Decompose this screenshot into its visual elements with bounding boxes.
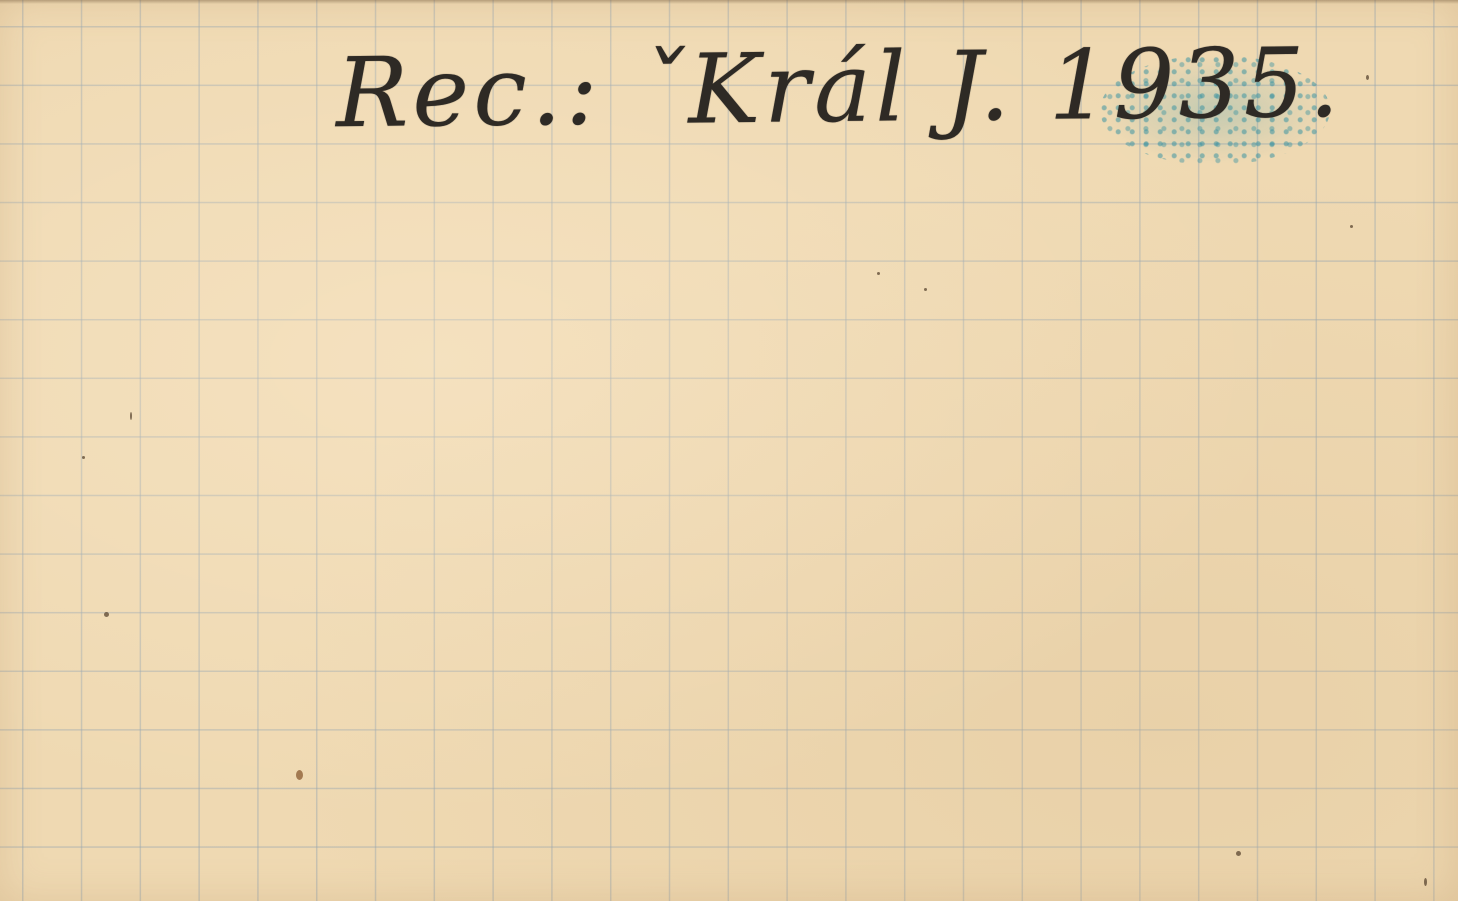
paper-speck: [924, 288, 927, 291]
paper-speck: [82, 456, 85, 459]
card-top-edge: [0, 0, 1458, 4]
index-card: Rec.: ˇKrál J. 1935.: [0, 0, 1458, 901]
paper-speck: [877, 272, 880, 275]
paper-speck: [104, 612, 109, 617]
paper-speck: [1366, 75, 1369, 80]
paper-speck: [1236, 851, 1241, 856]
paper-speck: [296, 770, 303, 780]
handwritten-annotation: Rec.: ˇKrál J. 1935.: [336, 35, 1344, 142]
paper-speck: [1424, 878, 1427, 886]
paper-speck: [130, 412, 132, 420]
paper-speck: [1350, 225, 1353, 228]
